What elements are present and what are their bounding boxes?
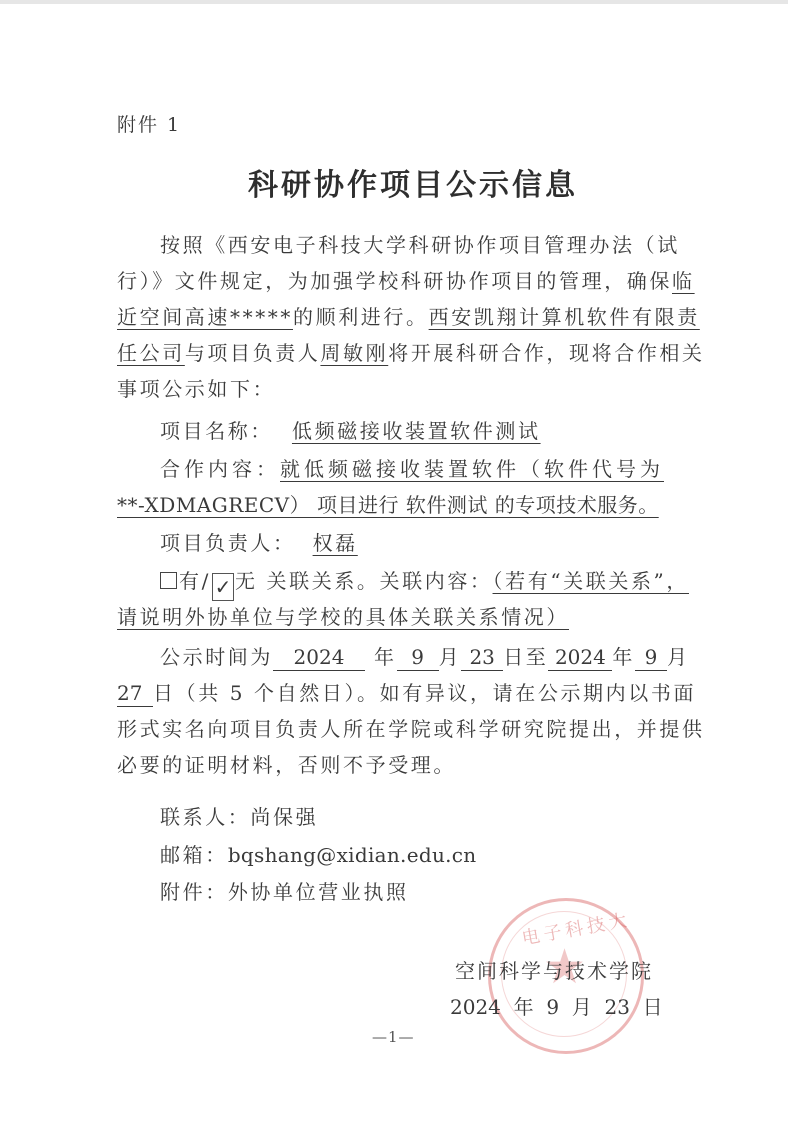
- relation-yes-checkbox[interactable]: [160, 572, 177, 589]
- start-day: 23: [461, 644, 503, 671]
- leader-value: 权磊: [305, 531, 366, 555]
- leader-label: 项目负责人：: [160, 531, 296, 555]
- signature-org: 空间科学与技术学院: [455, 955, 653, 984]
- period-text: 日（共 5 个自然日）。如有异议，请在公示期内以书面: [153, 681, 696, 705]
- relation-row: 有/✓无 关联关系。关联内容：（若有“关联关系”，: [160, 562, 689, 601]
- cooperation-row: 合作内容：就低频磁接收装置软件（软件代号为: [160, 450, 664, 488]
- relation-no-label: 无: [235, 569, 258, 593]
- project-name-ref: 临: [672, 269, 695, 293]
- start-year: 2024: [273, 644, 365, 671]
- project-name-label: 项目名称：: [160, 419, 273, 443]
- intro-line-1: 按照《西安电子科技大学科研协作项目管理办法（试: [160, 226, 680, 264]
- year-label: 年: [374, 645, 397, 669]
- project-name-row: 项目名称： 低频磁接收装置软件测试: [160, 412, 551, 450]
- period-row-2: 27日（共 5 个自然日）。如有异议，请在公示期内以书面: [117, 674, 696, 712]
- attachment-name: 外协单位营业执照: [228, 880, 409, 904]
- intro-text: 将开展科研合作，现将合作相关: [388, 341, 704, 365]
- intro-text: 按照《西安电子科技大学科研协作项目管理办法（试: [160, 233, 680, 257]
- attachment-row: 附件：外协单位营业执照: [160, 873, 409, 911]
- contact-email-row: 邮箱：bqshang@xidian.edu.cn: [160, 836, 476, 874]
- end-month: 9: [635, 644, 667, 671]
- contact-email-label: 邮箱：: [160, 843, 228, 867]
- month-label: 月: [667, 645, 690, 669]
- period-row-3: 形式实名向项目负责人所在学院或科学研究院提出，并提供: [117, 710, 705, 748]
- project-name-ref: 近空间高速*****: [117, 305, 293, 329]
- period-row-4: 必要的证明材料，否则不予受理。: [117, 746, 456, 784]
- relation-row-2: 请说明外协单位与学校的具体关联关系情况）: [117, 598, 569, 636]
- contact-person-row: 联系人：尚保强: [160, 798, 318, 836]
- intro-line-5: 事项公示如下：: [117, 370, 275, 408]
- signature-date: 2024 年 9 月 23 日: [450, 991, 663, 1020]
- end-year: 2024: [548, 644, 612, 671]
- intro-text: 与项目负责人: [185, 341, 321, 365]
- contact-person-label: 联系人：: [160, 805, 250, 829]
- cooperation-row-2: **-XDMAGRECV） 项目进行 软件测试 的专项技术服务。: [117, 486, 659, 524]
- relation-note: 请说明外协单位与学校的具体关联关系情况）: [117, 605, 569, 629]
- company-name: 西安凯翔计算机软件有限责: [429, 305, 700, 329]
- start-month: 9: [397, 644, 439, 671]
- year-label: 年: [612, 645, 635, 669]
- intro-text: 行）》文件规定，为加强学校科研协作项目的管理，确保: [117, 269, 672, 293]
- page-title: 科研协作项目公示信息: [248, 160, 578, 204]
- period-row: 公示时间为2024 年9月23日至2024年9月: [160, 638, 690, 676]
- intro-text: 的顺利进行。: [293, 305, 429, 329]
- cooperation-value: **-XDMAGRECV） 项目进行 软件测试 的专项技术服务。: [117, 493, 659, 517]
- project-leader-ref: 周敏刚: [320, 341, 388, 365]
- relation-yes-label: 有/: [179, 569, 211, 593]
- intro-line-2: 行）》文件规定，为加强学校科研协作项目的管理，确保临: [117, 262, 695, 300]
- contact-email[interactable]: bqshang@xidian.edu.cn: [228, 843, 477, 867]
- page-number: —1—: [372, 1028, 415, 1046]
- leader-row: 项目负责人： 权磊: [160, 524, 366, 562]
- cooperation-label: 合作内容：: [160, 457, 280, 481]
- project-name-value: 低频磁接收装置软件测试: [282, 419, 551, 443]
- attachment-label: 附件 1: [117, 110, 181, 137]
- attachment-row-label: 附件：: [160, 880, 228, 904]
- cooperation-value: 就低频磁接收装置软件（软件代号为: [280, 457, 664, 481]
- month-label: 月: [439, 645, 462, 669]
- relation-no-checkbox[interactable]: ✓: [212, 573, 234, 601]
- top-edge: [0, 0, 788, 4]
- intro-line-4: 任公司与项目负责人周敏刚将开展科研合作，现将合作相关: [117, 334, 705, 372]
- end-day: 27: [117, 680, 153, 707]
- relation-note: （若有“关联关系”，: [493, 569, 689, 593]
- period-prefix: 公示时间为: [160, 645, 273, 669]
- day-to-label: 日至: [503, 645, 548, 669]
- company-name: 任公司: [117, 341, 185, 365]
- intro-line-3: 近空间高速*****的顺利进行。西安凯翔计算机软件有限责: [117, 298, 700, 336]
- contact-person: 尚保强: [250, 805, 318, 829]
- relation-text: 关联关系。关联内容：: [258, 569, 493, 593]
